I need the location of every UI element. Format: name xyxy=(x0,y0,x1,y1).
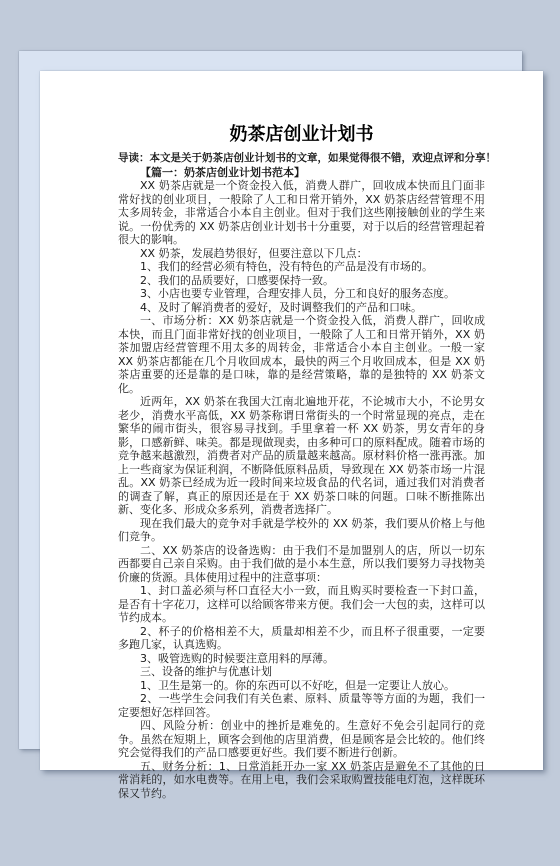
doc-paragraph-body: 现在我们最大的竞争对手就是学校外的 XX 奶茶，我们要从价格上与他们竞争。 xyxy=(118,517,485,544)
doc-paragraph-body: 4、及时了解消费者的爱好，及时调整我们的产品和口味。 xyxy=(118,301,485,315)
doc-paragraph-body: 二、XX 奶茶店的设备选购：由于我们不是加盟别人的店，所以一切东西都要自己亲自采… xyxy=(118,544,485,585)
doc-paragraph-body: 近两年，XX 奶茶在我国大江南北遍地开花，不论城市大小，不论男女老少，消费水平高… xyxy=(118,395,485,517)
doc-paragraph-subtitle: 【篇一：奶茶店创业计划书范本】 xyxy=(118,166,485,180)
doc-paragraph-body: 1、我们的经营必须有特色，没有特色的产品是没有市场的。 xyxy=(118,260,485,274)
doc-paragraph-body: 2、一些学生会问我们有关色素、原料、质量等等方面的为题，我们一定要想好怎样回答。 xyxy=(118,692,485,719)
doc-paragraph-body: 2、我们的品质要好，口感要保持一致。 xyxy=(118,274,485,288)
document-title: 奶茶店创业计划书 xyxy=(118,124,485,146)
doc-paragraph-body: 1、封口盖必须与杯口直径大小一致，而且购买时要检查一下封口盖，是否有十字花刀，这… xyxy=(118,584,485,625)
document-content: 奶茶店创业计划书 导读：本文是关于奶茶店创业计划书的文章，如果觉得很不错，欢迎点… xyxy=(40,71,543,800)
doc-paragraph-body: 三、设备的维护与优惠计划 xyxy=(118,665,485,679)
page-front: 奶茶店创业计划书 导读：本文是关于奶茶店创业计划书的文章，如果觉得很不错，欢迎点… xyxy=(40,71,543,770)
doc-paragraph-body: XX 奶茶，发展趋势很好，但要注意以下几点： xyxy=(118,247,485,261)
doc-paragraph-body: 3、小店也要专业管理，合理安排人员，分工和良好的服务态度。 xyxy=(118,287,485,301)
doc-paragraph-body: XX 奶茶店就是一个资金投入低，消费人群广，回收成本快而且门面非常好找的创业项目… xyxy=(118,179,485,247)
doc-paragraph-body: 一、市场分析：XX 奶茶店就是一个资金投入低，消费人群广，回收成本快，而且门面非… xyxy=(118,314,485,395)
doc-paragraph-body: 五、财务分析：1、日常消耗开办一家 XX 奶茶店是避免不了其他的日常消耗的，如水… xyxy=(118,760,485,801)
doc-paragraph-body: 2、杯子的价格相差不大，质量却相差不少，而且杯子很重要，一定要多跑几家，认真选购… xyxy=(118,625,485,652)
doc-paragraph-body: 3、吸管选购的时候要注意用料的厚薄。 xyxy=(118,652,485,666)
paragraph-list: 导读：本文是关于奶茶店创业计划书的文章，如果觉得很不错，欢迎点评和分享！【篇一：… xyxy=(118,152,485,800)
doc-paragraph-body: 四、风险分析：创业中的挫折是难免的。生意好不免会引起同行的竞争。虽然在短期上，顾… xyxy=(118,719,485,760)
doc-paragraph-body: 1、卫生是第一的。你的东西可以不好吃，但是一定要让人放心。 xyxy=(118,679,485,693)
doc-paragraph-lead: 导读：本文是关于奶茶店创业计划书的文章，如果觉得很不错，欢迎点评和分享！ xyxy=(118,152,485,166)
